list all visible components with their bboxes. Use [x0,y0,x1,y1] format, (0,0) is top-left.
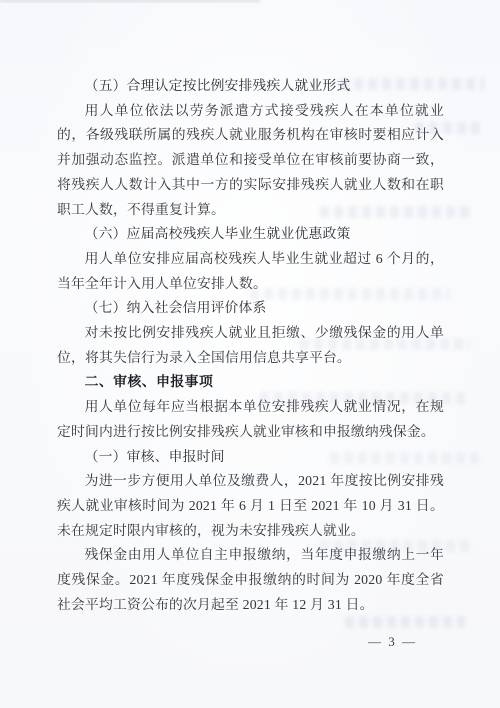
paragraph-body: 用人单位每年应当根据本单位安排残疾人就业情况，在规定时间内进行按比例安排残疾人就… [57,395,444,444]
section-heading-2: 二、审核、申报事项 [57,370,444,395]
scanned-document-page: （五）合理认定按比例安排残疾人就业形式 用人单位依法以劳务派遣方式接受残疾人在本… [0,0,500,708]
paragraph-subheading-5: （五）合理认定按比例安排残疾人就业形式 [57,74,444,99]
paragraph-body: 为进一步方便用人单位及缴费人，2021 年度按比例安排残疾人就业审核时间为 20… [57,469,444,543]
bleedthrough-artifact [345,616,465,628]
paragraph-body: 用人单位依法以劳务派遣方式接受残疾人在本单位就业的，各级残联所属的残疾人就业服务… [57,99,444,223]
paragraph-subheading-6: （六）应届高校残疾人毕业生就业优惠政策 [57,222,444,247]
page-number: — 3 — [368,634,428,650]
paragraph-subheading-1: （一）审核、申报时间 [57,445,444,470]
paragraph-body: 残保金由用人单位自主申报缴纳，当年度申报缴纳上一年度残保金。2021 年度残保金… [57,543,444,617]
paragraph-body: 用人单位安排应届高校残疾人毕业生就业超过 6 个月的，当年全年计入用人单位安排人… [57,247,444,296]
paragraph-body: 对未按比例安排残疾人就业且拒缴、少缴残保金的用人单位，将其失信行为录入全国信用信… [57,321,444,370]
paragraph-subheading-7: （七）纳入社会信用评价体系 [57,296,444,321]
scan-artifact-streak [0,0,260,2]
document-text-block: （五）合理认定按比例安排残疾人就业形式 用人单位依法以劳务派遣方式接受残疾人在本… [57,74,444,617]
